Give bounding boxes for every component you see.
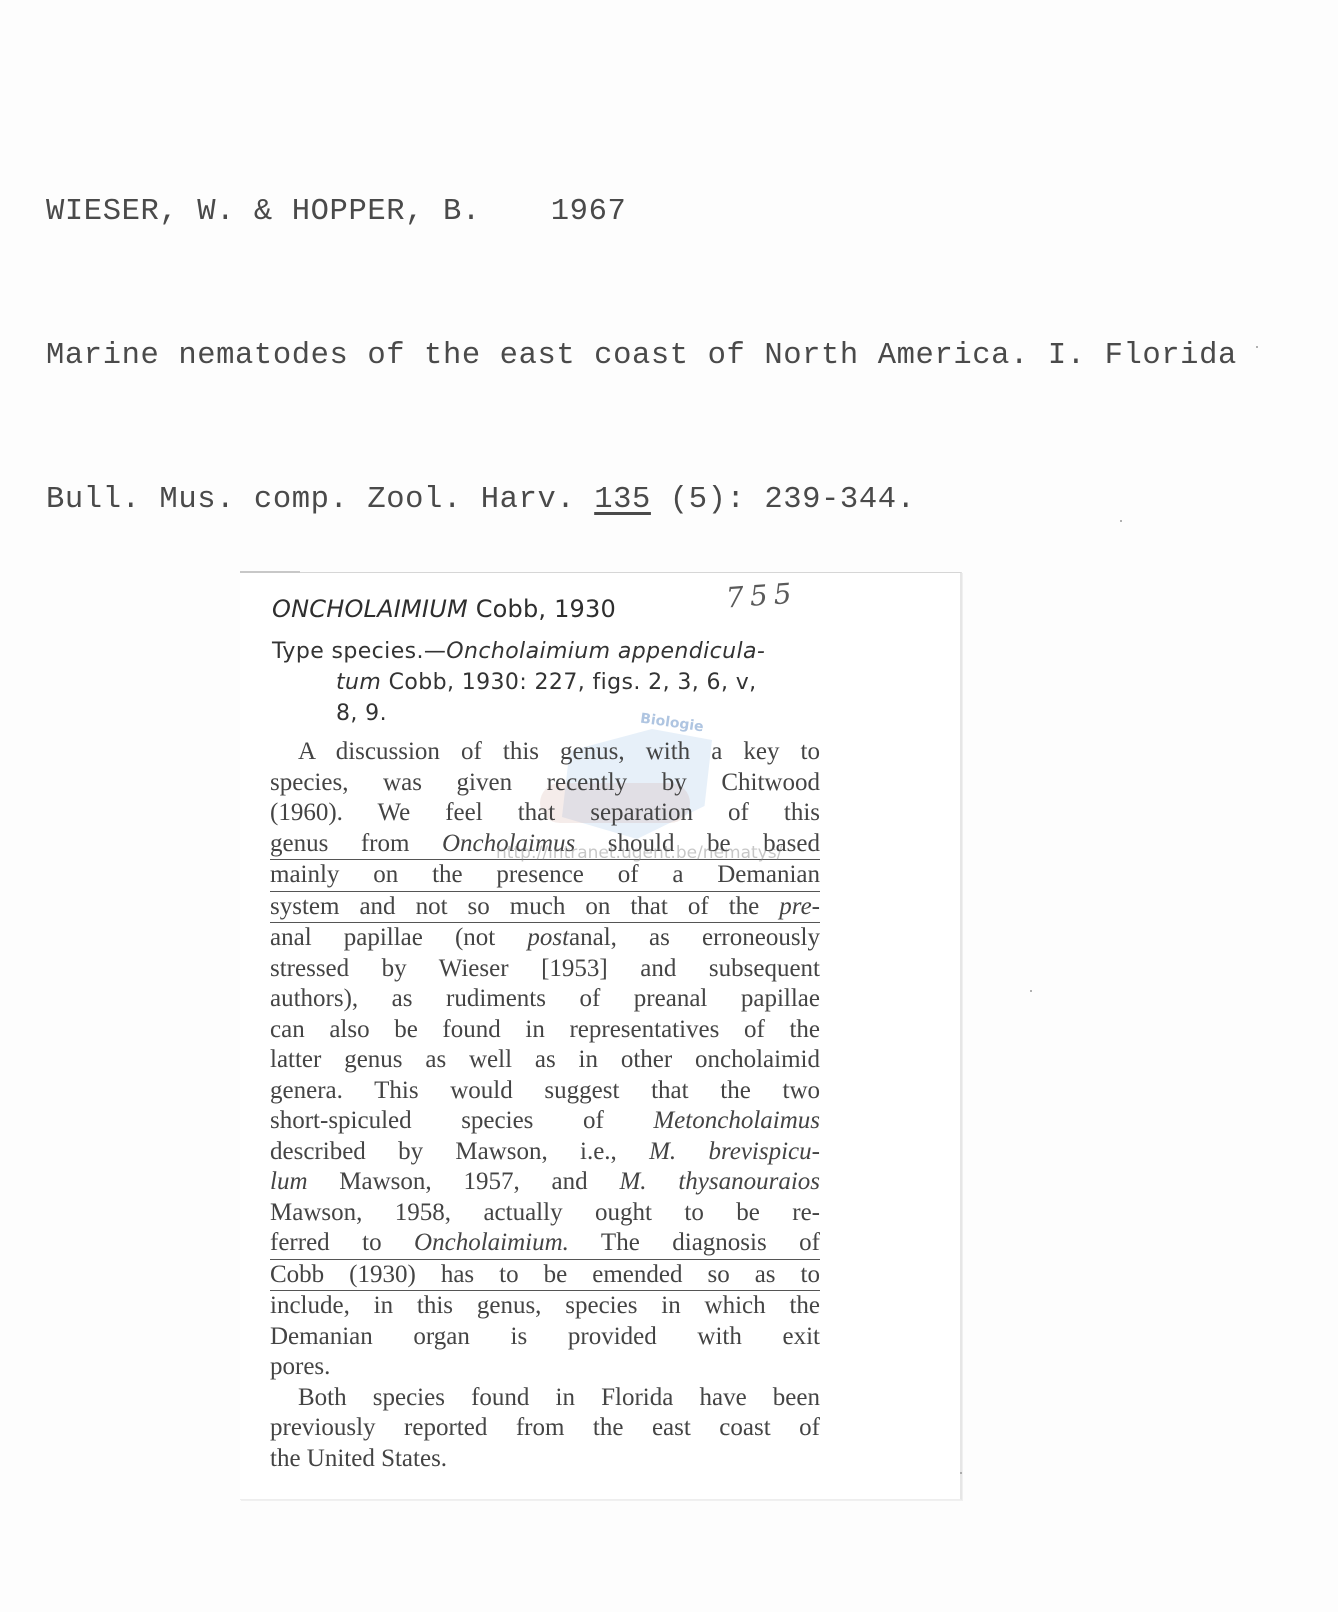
genus-authority: Cobb, 1930	[468, 595, 616, 623]
citation-authors: WIESER, W. & HOPPER, B.	[46, 195, 481, 229]
citation-title: Marine nematodes of the east coast of No…	[46, 332, 1237, 380]
paragraph-distribution: Both species found in Florida have beenp…	[270, 1383, 820, 1475]
text-line: previously reported from the east coast …	[270, 1413, 820, 1444]
handwritten-page-number: 755	[725, 577, 799, 615]
text-line: latter genus as well as in other onchola…	[270, 1045, 820, 1076]
type-species-label: Type species.—	[272, 639, 446, 664]
text-line: described by Mawson, i.e., M. brevispicu…	[270, 1137, 820, 1168]
genus-heading: ONCHOLAIMIUM Cobb, 1930	[272, 595, 616, 623]
text-line: Demanian organ is provided with exit	[270, 1322, 820, 1353]
text-line: short-spiculed species of Metoncholaimus	[270, 1106, 820, 1137]
text-line: anal papillae (not postanal, as erroneou…	[270, 923, 820, 954]
text-line: A discussion of this genus, with a key t…	[270, 737, 820, 768]
type-species-name-cont: tum	[336, 670, 381, 695]
clipping-edge-mark	[240, 571, 300, 573]
text-line: authors), as rudiments of preanal papill…	[270, 984, 820, 1015]
type-species: Type species.—Oncholaimium appendicula- …	[272, 636, 832, 729]
text-line: genera. This would suggest that the two	[270, 1076, 820, 1107]
text-line: Both species found in Florida have been	[270, 1383, 820, 1414]
citation-journal: Bull. Mus. comp. Zool. Harv.	[46, 483, 594, 517]
text-line: (1960). We feel that separation of this	[270, 798, 820, 829]
citation-authors-line: WIESER, W. & HOPPER, B.1967	[46, 188, 1237, 236]
paper-clipping: Biologie ONCHOLAIMIUM Cobb, 1930 755 Typ…	[240, 572, 962, 1500]
text-line: species, was given recently by Chitwood	[270, 768, 820, 799]
scan-speck	[1256, 346, 1258, 348]
citation-year: 1967	[551, 195, 627, 229]
text-line: mainly on the presence of a Demanian	[270, 860, 820, 892]
paragraph-discussion: A discussion of this genus, with a key t…	[270, 737, 820, 1383]
text-line: ferred to Oncholaimium. The diagnosis of	[270, 1228, 820, 1260]
scan-speck	[1030, 990, 1032, 992]
citation-volume: 135	[594, 483, 651, 517]
text-line: pores.	[270, 1352, 820, 1383]
text-line: can also be found in representatives of …	[270, 1015, 820, 1046]
text-line: include, in this genus, species in which…	[270, 1291, 820, 1322]
text-line: the United States.	[270, 1444, 820, 1475]
type-species-line-3: 8, 9.	[272, 698, 832, 729]
text-line: system and not so much on that of the pr…	[270, 892, 820, 924]
text-line: Mawson, 1958, actually ought to be re-	[270, 1198, 820, 1229]
type-species-line-2: tum Cobb, 1930: 227, figs. 2, 3, 6, v,	[272, 667, 832, 698]
citation-block: WIESER, W. & HOPPER, B.1967 Marine nemat…	[46, 92, 1237, 572]
text-line: lum Mawson, 1957, and M. thysanouraios	[270, 1167, 820, 1198]
scan-speck	[960, 1472, 962, 1474]
citation-issue-pages: (5): 239-344.	[651, 483, 916, 517]
watermark-url: http://intranet.ugent.be/nematys/	[496, 843, 782, 863]
text-line: Cobb (1930) has to be emended so as to	[270, 1260, 820, 1292]
genus-name: ONCHOLAIMIUM	[272, 595, 468, 623]
citation-journal-line: Bull. Mus. comp. Zool. Harv. 135 (5): 23…	[46, 476, 1237, 524]
type-species-name: Oncholaimium appendicula-	[446, 639, 765, 664]
type-species-line-1: Type species.—Oncholaimium appendicula-	[272, 636, 832, 667]
scan-speck	[1120, 520, 1122, 522]
type-species-reference: Cobb, 1930: 227, figs. 2, 3, 6, v,	[381, 670, 756, 695]
text-line: stressed by Wieser [1953] and subsequent	[270, 954, 820, 985]
